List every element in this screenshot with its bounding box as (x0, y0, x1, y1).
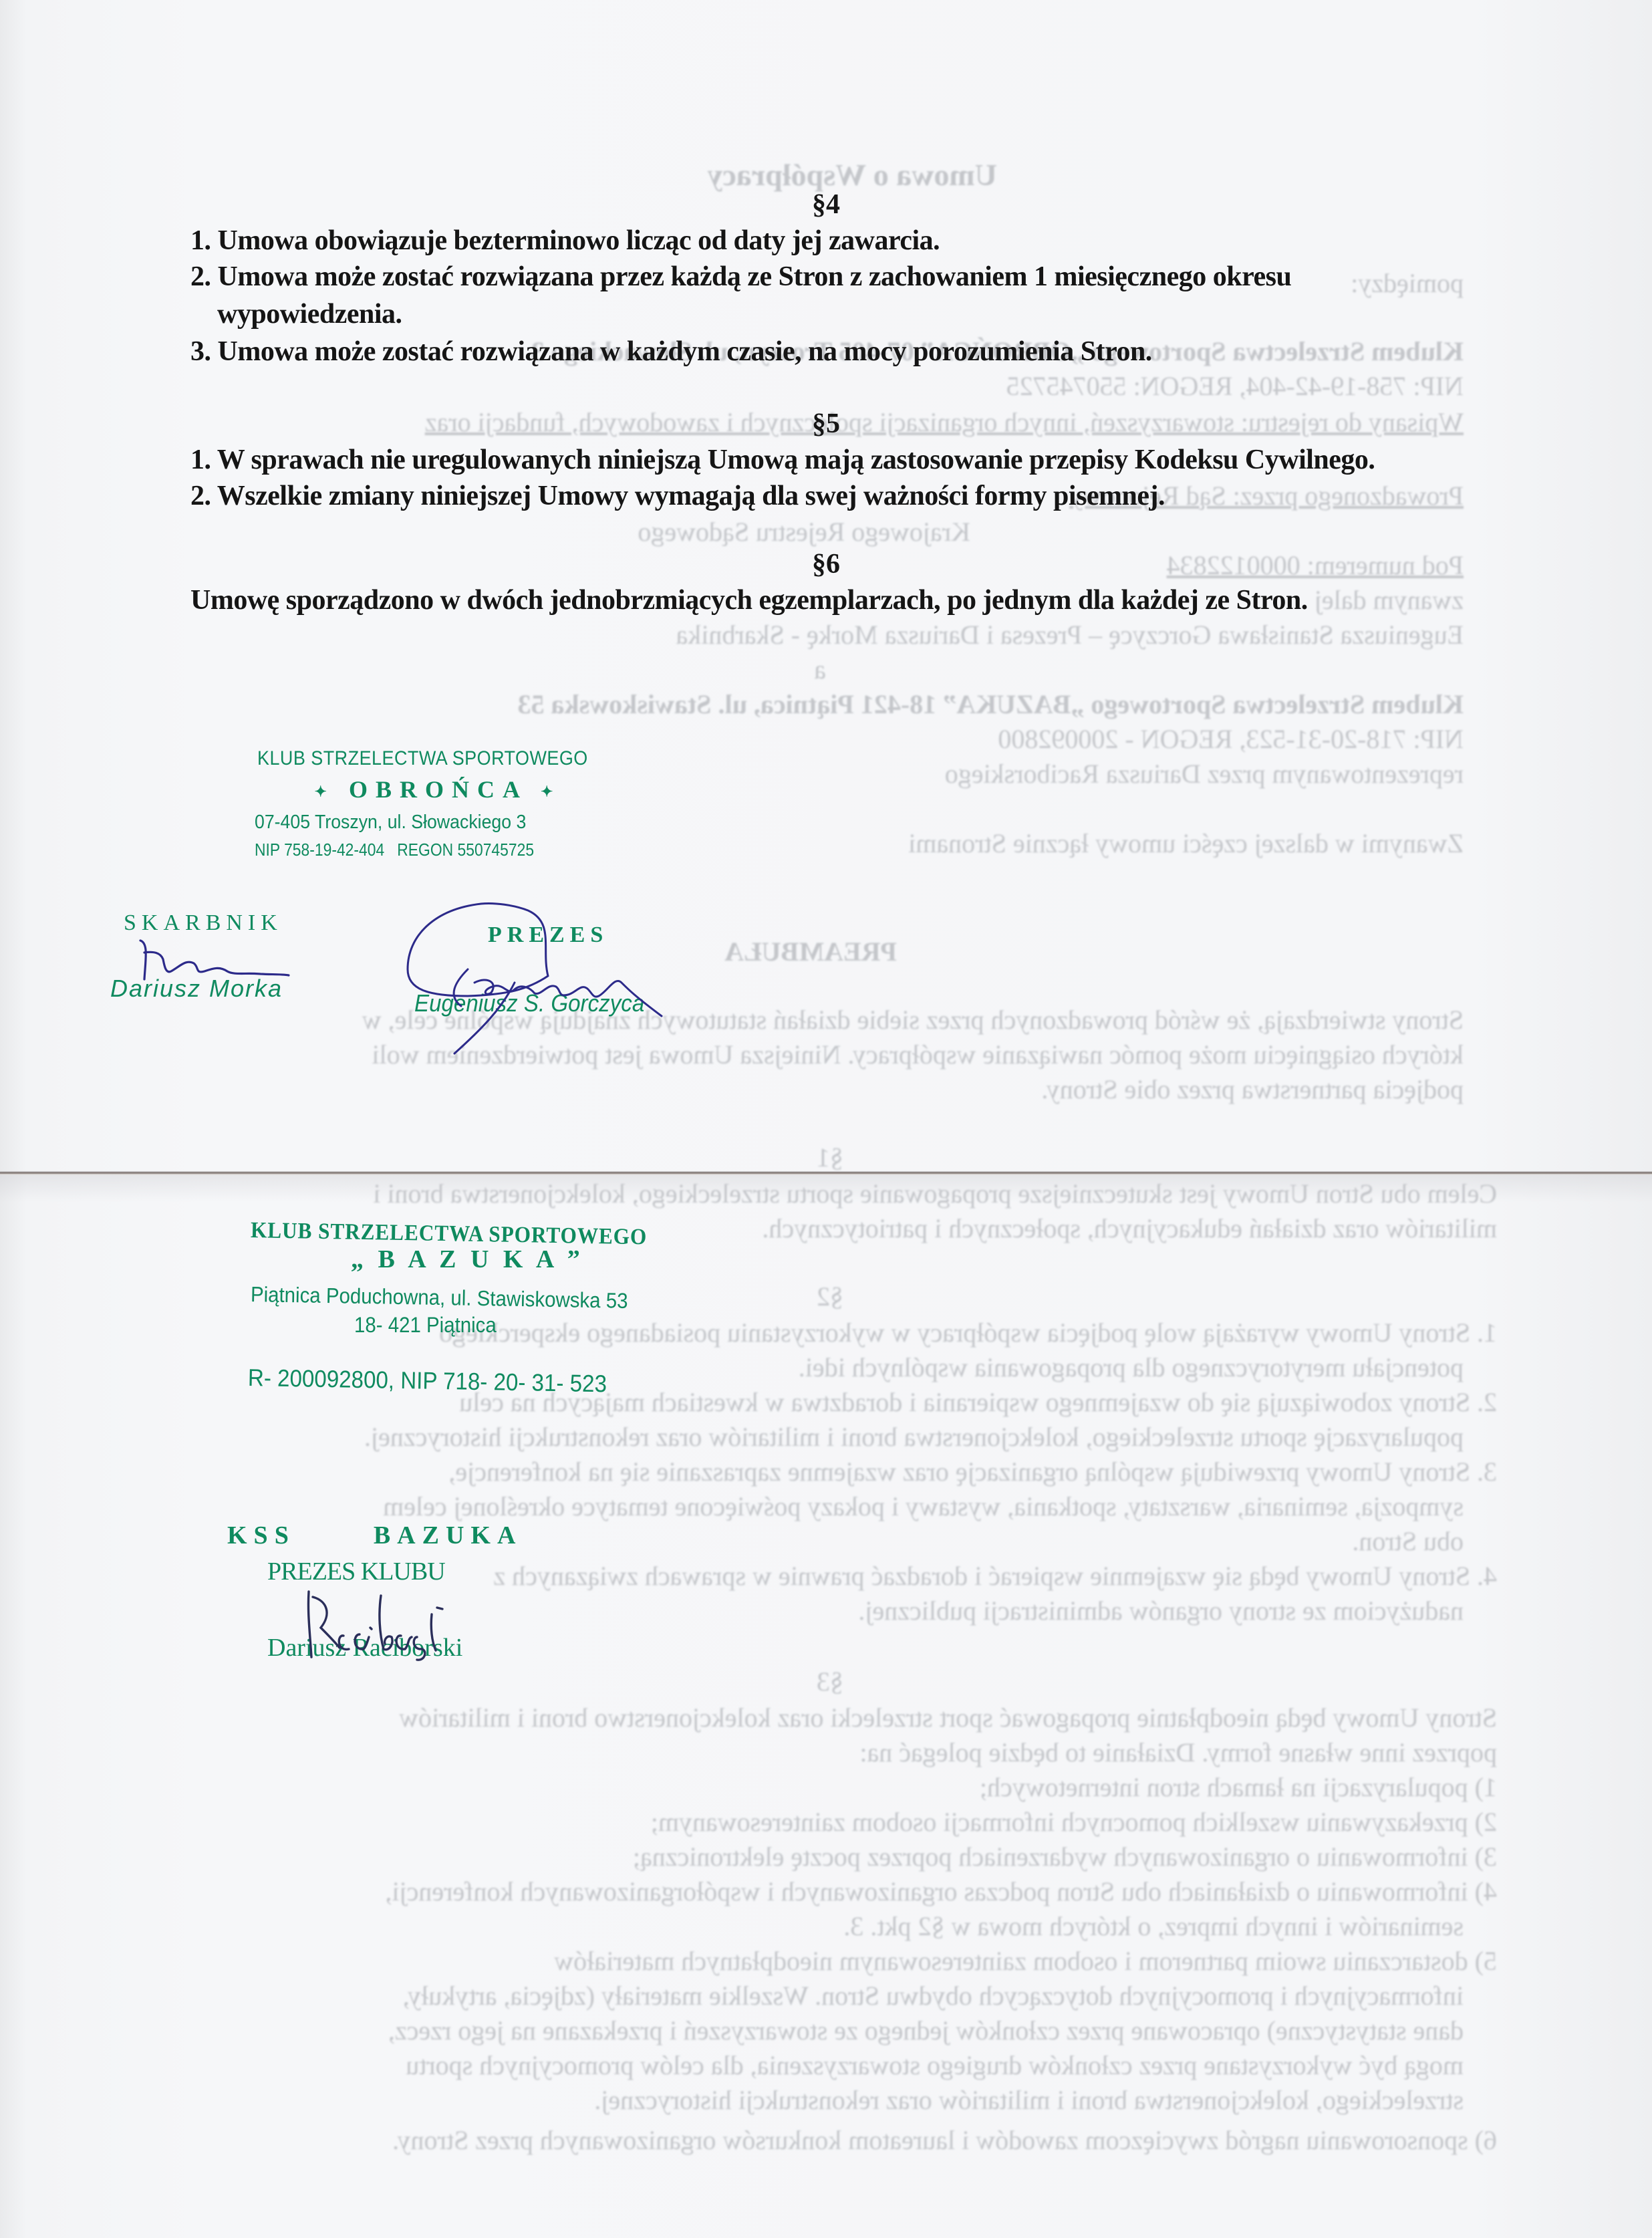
ghost-line: dane statystyczne) opracowane przez czło… (388, 2013, 1464, 2048)
ghost-line: 4) informowaniu o działaniach obu Stron … (385, 1874, 1497, 1909)
section-4-item-1: 1. Umowa obowiązuje bezterminowo licząc … (190, 225, 940, 257)
ghost-line: 5) dostarczaniu swoim partnerom i osobom… (554, 1944, 1497, 1979)
fold-shadow (0, 1175, 1652, 1202)
stamp-prezes-klubu: PREZES KLUBU (267, 1557, 445, 1586)
stamp-obronca-name: OBROŃCA (349, 776, 527, 803)
ghost-heading: §2 (817, 1279, 843, 1314)
ghost-line: nadużyciom ze strony organów administrac… (858, 1594, 1464, 1628)
stamp-bazuka-address: Piątnica Poduchowna, ul. Stawiskowska 53 (251, 1282, 628, 1314)
ghost-line: zwanym dalej (1315, 583, 1464, 618)
section-heading-6: §6 (0, 548, 1652, 580)
signature-skarbnik (134, 939, 294, 993)
ghost-line: podjęcia partnerstwa przez obie Strony. (1041, 1072, 1464, 1107)
section-heading-4: §4 (0, 189, 1652, 221)
section-4-item-2-cont: wypowiedzenia. (217, 298, 402, 330)
section-5-item-2: 2. Wszelkie zmiany niniejszej Umowy wyma… (190, 480, 1165, 512)
section-5-item-1: 1. W sprawach nie uregulowanych niniejsz… (190, 444, 1375, 476)
ghost-line: a (814, 652, 826, 687)
ghost-line: seminariów i innych imprez, o których mo… (843, 1909, 1464, 1944)
ghost-line: 2) przekazywaniu wszelkich pomocnych inf… (651, 1805, 1497, 1840)
ghost-line: 1) popularyzacji na łamach stron interne… (980, 1770, 1497, 1805)
ghost-line: sympozja, seminaria, warsztaty, spotkani… (383, 1489, 1464, 1524)
ghost-heading: §1 (817, 1140, 843, 1175)
section-heading-5: §5 (0, 408, 1652, 440)
diamond-ornament-icon: ✦ (315, 783, 335, 800)
stamp-kss-bazuka: KSS BAZUKA (227, 1521, 522, 1550)
stamp-obronca-name-row: ✦ OBROŃCA ✦ (257, 775, 618, 803)
stamp-klub-bazuka: KLUB STRZELECTWA SPORTOWEGO „ B A Z U K … (251, 1210, 732, 1390)
diamond-ornament-icon: ✦ (541, 783, 561, 800)
ghost-line: Krajowego Rejestru Sądowego (638, 515, 970, 549)
signature-prezes-bazuka (301, 1588, 474, 1661)
stamp-klub-obronca: KLUB STRZELECTWA SPORTOWEGO ✦ OBROŃCA ✦ … (257, 742, 632, 869)
stamp-obronca-header: KLUB STRZELECTWA SPORTOWEGO (257, 747, 588, 770)
ghost-line: pomiędzy: (1351, 266, 1464, 301)
ghost-line: NIP: 718-20-31-523, REGON - 200092800 (998, 722, 1464, 757)
ghost-line: popularyzację sportu strzeleckiego, kole… (364, 1420, 1464, 1455)
signature-prezes-obronca (381, 896, 755, 1056)
ghost-line: 6) sponsorowaniu nagród zwycięzcom zawod… (392, 2123, 1497, 2158)
ghost-line: reprezentowanym przez Dariusza Raciborsk… (945, 757, 1464, 791)
ghost-heading: §3 (817, 1664, 843, 1699)
stamp-obronca-ids: NIP 758-19-42-404 REGON 550745725 (255, 840, 534, 860)
ghost-line: Strony Umowy będą nieodpłatnie propagowa… (399, 1701, 1497, 1735)
ghost-line: militariów oraz działań edukacyjnych, sp… (762, 1211, 1497, 1246)
stamp-bazuka-name: „ B A Z U K A ” (351, 1245, 584, 1274)
stamp-skarbnik-role: SKARBNIK (124, 910, 283, 936)
section-4-item-3: 3. Umowa może zostać rozwiązana w każdym… (190, 336, 1152, 368)
stamp-bazuka-postcode: 18- 421 Piątnica (354, 1313, 497, 1338)
ghost-line: potencjału merytorycznego dla propagowan… (799, 1350, 1464, 1385)
ghost-line: strzeleckiego, kolekcjonerstwa broni i m… (594, 2083, 1464, 2118)
ghost-line: Klubem Strzelectwa Sportowego „BAZUKA” 1… (517, 687, 1464, 722)
ghost-line: obu Stron. (1352, 1524, 1464, 1559)
ghost-line: 4. Strony Umowy będą się wzajemnie wspie… (493, 1559, 1497, 1594)
ghost-line: NIP: 758-19-42-404, REGON: 550745725 (1006, 369, 1464, 404)
stamp-obronca-address: 07-405 Troszyn, ul. Słowackiego 3 (255, 812, 526, 834)
ghost-line: Eugeniusza Stanisława Gorczycę – Prezesa… (676, 618, 1464, 652)
ghost-line: mogą być wykorzystane przez członków dru… (406, 2048, 1464, 2083)
ghost-line: Zwanymi w dalszej części umowy łącznie S… (908, 826, 1464, 861)
ghost-line: 3. Strony Umowy przewidują wspólną organ… (448, 1455, 1497, 1489)
ghost-line: 3) informowaniu o organizowanych wydarze… (633, 1840, 1497, 1874)
ghost-line: poprzez inne własne formy. Działanie to … (859, 1735, 1497, 1770)
ghost-title: Umowa o Współpracy (707, 158, 997, 193)
ghost-line: informacyjnych i promocyjnych dotyczącyc… (403, 1979, 1464, 2013)
section-4-item-2: 2. Umowa może zostać rozwiązana przez ka… (190, 261, 1291, 293)
scanned-page: Umowa o Współpracy pomiędzy: Klubem Strz… (0, 0, 1652, 2238)
section-6-text: Umowę sporządzono w dwóch jednobrzmiącyc… (190, 584, 1308, 616)
